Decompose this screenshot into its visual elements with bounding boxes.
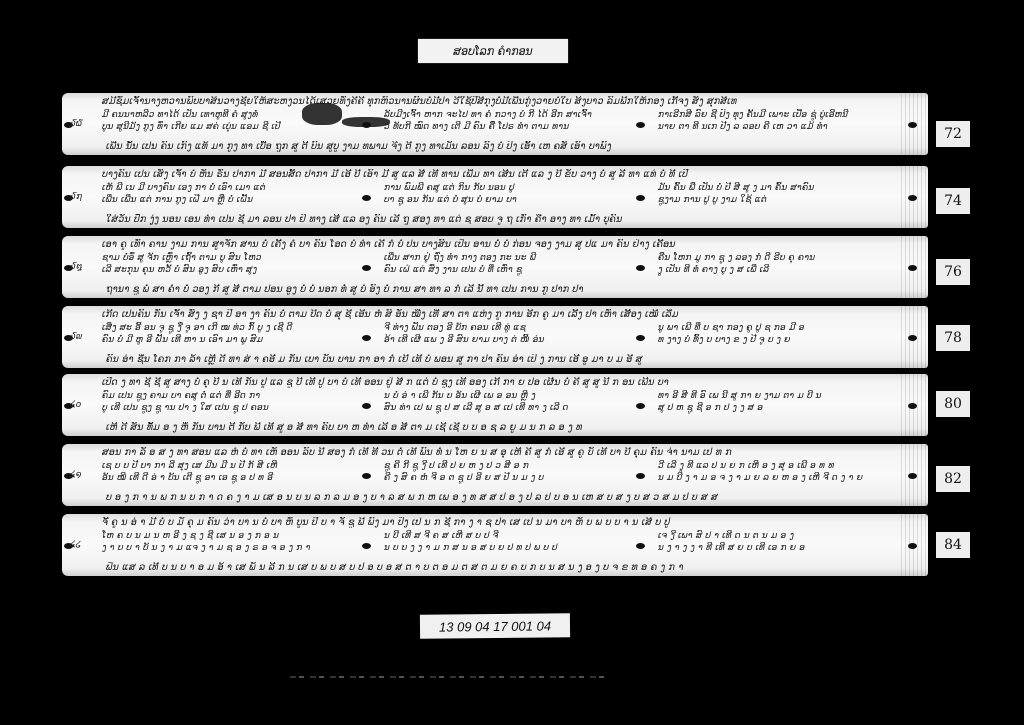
leaf-line: ນ ງ າ ງ ງ າ ທີ ເທີ ສ ຍ ບ ເທີ ເອ ກ ຍ ອ — [658, 542, 903, 554]
leaf-line: ໂຫ ຄ ບ ນ ມ ນ ຫ ອີ ງ ຊ ງ ຊີ ເສ ນ ອ ງ ກ ອ … — [102, 530, 347, 542]
scan-artifact — [290, 676, 610, 678]
palm-leaf-4: ໓໙ ເກີດ ເປນຄົນ ກົ່ນ ເຈົ້າ ສົ່ງ ງ ຊາ ປີ ອ… — [62, 306, 928, 368]
binding-hole-icon — [636, 122, 645, 128]
leaf-number: ໓໘ — [70, 262, 82, 272]
leaf-line: ຊາມ ບໍ່ອົ່ ສູ ຈັກ ເຫຼົ່າ ເຖົ້າ ຕາມ ບູ ສົ… — [102, 252, 347, 264]
palm-leaf-1: ໓໖ ສມີຊົ່ມເຈົ້ານາງຫວານພົບບາສິນວາງຊີຍໃຫ້ສ… — [62, 93, 928, 155]
leaf-column-3: ວີ ເລີ ງູ ທີ ແລ ປ ນ ຍ ກ ເຫີ ອ ງ ສຸ ອ ເພີ… — [658, 460, 903, 484]
leaf-line: ນ ບ ບ ງ ງ າ ມ ກ ສ ນ ອ ສ ບ ຍ ປ ທ ປ ພ ບ ປ — [384, 542, 629, 554]
page-tag-82: 82 — [936, 466, 970, 492]
leaf-line: ງ າ ບ ບ າ ບັ ນ ງ າ ມ ແຈ ງ າ ມ ຊ ອ ງ ຣ ອ … — [102, 542, 347, 554]
binding-hole-icon — [362, 195, 371, 201]
leaf-line-top: ເປີດ ງ ທາ ຊີ ຊີ ສູ ສາງ ບໍ່ ຄຸ ບີ ນ ເທີ ກ… — [102, 377, 912, 388]
leaf-line: ຄີ ງ ສົ ຄ ຫໍ ຈີ ອ ຕ ຊູ ປ ອີ ຍ ສ ປີ ນ ມ ງ… — [384, 472, 629, 484]
leaf-line-bottom: ໃສ່ວັນ ປັ້ກ ງູ່ງ ນອນ ເອນ ທໍາ ເປນ ຊີ ມາ ລ… — [106, 214, 906, 225]
page-tag-80: 80 — [936, 391, 970, 417]
binding-hole-icon — [636, 195, 645, 201]
binding-hole-icon — [636, 403, 645, 409]
leaf-line: ນູ ພາ ເພີ ທີ່ ບ ຊາ ກອງ ຄູ ປູ ຊ ກອ ມີ ອ — [658, 322, 903, 334]
leaf-line-top: ສມີຊົ່ມເຈົ້ານາງຫວານພົບບາສິນວາງຊີຍໃຫ້ສະຫງ… — [102, 96, 912, 107]
leaf-line: ວ ທັບກີ ໝົດ ທາງ ເຕີ ມີ ຄົນ ຄືື ໂປຣ ທໍາ ຕ… — [384, 121, 629, 133]
leaf-column-3: ມັນ ຄົ້ນ ພື ເປັນ ບໍ່ ປີ ສີ ສູ ງ ມາ ຄົ້ນ … — [658, 182, 903, 206]
leaf-column-2: ນ ບໍ່ ອ່ າ ເພີ ກັນ ບ ອັນ ເຜີ ເພ ອ ອນ ຫຼີ… — [384, 390, 629, 414]
leaf-line: ສົນ ທ່າ ເປ ພ ຊູ ປ ສ ເລີ ສູ ອ ສ ເປ ເທີ ທາ… — [384, 402, 629, 414]
leaf-number: ໓໗ — [70, 192, 82, 202]
leaf-line-top: ບາງຄົນ ເປນ ເສົ່ງ ເຈົ້າ ບໍ ຫັນ ຣົ່ນ ປາກາ … — [102, 169, 912, 180]
leaf-line: ນາຍ ຕາ ທີ ນເກ ປີງ ລ ລອບ ຄີ ເຫ ວາ ແມ້ ທໍາ — [658, 121, 903, 133]
page-tag-76: 76 — [936, 259, 970, 285]
leaf-line: ຄົນ ບໍ່ ມີ ຫູ ອີ ຝັ້ນ ເທີ ຫາ ນ ເອົາ ມາ ພ… — [102, 334, 347, 346]
leaf-number: ໔໒ — [70, 540, 81, 550]
leaf-column-1: ເສີ່ງ ສະ ອີ້ ອນ ຈູ ຊູ ງື ຈູ ອາ ເກີ ໝ ທ່ວ… — [102, 322, 347, 346]
leaf-line-bottom: ບ ອ ງ ກ າ ນ ພ ກ ນ ບ ກ າ ດ ຄ ງ າ ມ ເສ ອ ນ… — [106, 492, 906, 503]
leaf-line: ເລີ ສະກຸນ ຄຸນ ຫວັ້ ບໍ່ ສົນ ອູງ ສົບ ເຫົ່າ… — [102, 264, 347, 276]
binding-hole-icon — [636, 335, 645, 341]
leaf-line: ເພີ່ນ ສາກ ຢູ່ ຖົ່ງ ທໍາ ກາງ ຕອງ ກະ ນະ ພີ — [384, 252, 629, 264]
palm-leaf-3: ໓໘ ເອາ ຄູ ເທົ່າ ຄານ ງາມ ການ ສູາຈັກ ສານ ບ… — [62, 236, 928, 298]
leaf-line: ນ ບີ ເທີ ສ ຈີ ຄ ສ ເຫີ ສ ບ ປ ຈີ — [384, 530, 629, 542]
leaf-line: ທ ງາງ ບໍ ທົ້ງ ບ ບາງ ຂ ງ ປີ ຈູ ບ ງ ຍ — [658, 334, 903, 346]
leaf-line: ສູ ປ ຫ ຊູ ຊີ ອ ກ ປ ງ ງ ສ ອ — [658, 402, 903, 414]
leaf-column-1: ໂຫ ຄ ບ ນ ມ ນ ຫ ອີ ງ ຊ ງ ຊີ ເສ ນ ອ ງ ກ ອ … — [102, 530, 347, 554]
leaf-line-top: ເກີດ ເປນຄົນ ກົ່ນ ເຈົ້າ ສົ່ງ ງ ຊາ ປີ ອາ ງ… — [102, 309, 912, 320]
leaf-line: ເຊ ບ ບ ປີ ບາ ກາ ລີ ສຸງ ເສ ມີນ ມີ ນ ປີ ກັ… — [102, 460, 347, 472]
manuscript-id-label: 13 09 04 17 001 04 — [420, 613, 570, 639]
leaf-line-top: ຈີ້ ຄູ ນ ອ່ າ ມີ ບໍ່ ບ ມັ ຄຸ ມ ຄົນ ວ່າ ບ… — [102, 517, 912, 528]
leaf-column-1: ເຊ ບ ບ ປີ ບາ ກາ ລີ ສຸງ ເສ ມີນ ມີ ນ ປີ ກັ… — [102, 460, 347, 484]
leaf-line: ກາເຣີກສີ ລົຍ ຊີ ປົງ ທຸງ ຄັ້ນມີ ເພາະ ເປື້… — [658, 109, 903, 121]
leaf-column-2: ການ ພົມພີ ຄສູ ແຕ່ ກິນ ກັບ ນອນ ປູ ບາ ຊູ ອ… — [384, 182, 629, 206]
ink-smudge — [342, 117, 390, 127]
leaf-line: ຈີ ທ່າງ ຟັ້ນ ຕອງ ອີ ບັກ ຄອນ ເທີ ທູ່ ແຊ — [384, 322, 629, 334]
leaf-line: ຄົມ ເປນ ຊູງ ຄາມ ບາ ຄສູ ຕໍ່ ແຕ່ ທີ່ ອີດ ກ… — [102, 390, 347, 402]
leaf-line: ບູ ເທີ ເປນ ຊູງ ຊູ ານ ປາ ງ ໃສ ເປນ ຊູ ປ ຄອ… — [102, 402, 347, 414]
binding-hole-icon — [636, 473, 645, 479]
leaf-line-bottom: ເຫີ ດີ ສັນ ທັ້ມ ອ ງ ຫຶ່ ກັນ ບານ ຕີ ກັບ ພ… — [106, 422, 906, 433]
leaf-column-1: ເຫັ ພີ ເນ ມີ ບາງຄົນ ເອງ ກາ ບໍ່ ເອົາ ເມາ … — [102, 182, 347, 206]
leaf-column-2: ຊູ ຄີ ກີ ຊູ ງີ ປ ເທີ ປ ຍ ຫ ງ ປ ວ ສີ ອ ກ … — [384, 460, 629, 484]
leaf-line: ຊູ ຄີ ກີ ຊູ ງີ ປ ເທີ ປ ຍ ຫ ງ ປ ວ ສີ ອ ກ — [384, 460, 629, 472]
binding-hole-icon — [908, 335, 917, 341]
title-label: ສອບໂລກ ຄຳກອນ — [418, 39, 568, 63]
page-tag-72: 72 — [936, 121, 970, 147]
leaf-number: ໔໐ — [70, 400, 81, 410]
leaf-column-1: ຊາມ ບໍ່ອົ່ ສູ ຈັກ ເຫຼົ່າ ເຖົ້າ ຕາມ ບູ ສົ… — [102, 252, 347, 276]
leaf-line: ບາ ຊູ ອນ ກັນ ແຕ່ ບໍ່ ສູນ ບໍ ຍາມ ບາ — [384, 194, 629, 206]
palm-leaf-7: ໔໒ ຈີ້ ຄູ ນ ອ່ າ ມີ ບໍ່ ບ ມັ ຄຸ ມ ຄົນ ວ່… — [62, 514, 928, 576]
leaf-column-3: ທາ ອີ ສີ ທີ ອົ ເພ ນີ ສູ ກາ ຍ ງາມ ຕາ ມ ບີ… — [658, 390, 903, 414]
leaf-number: ໓໖ — [70, 119, 82, 129]
leaf-line-bottom: ຟັນ ແສ ລ ເທີ ບ ນ ບ າ ອ ມ ອ້ າ ເສ ພັ ນ ລີ… — [106, 562, 906, 573]
leaf-line: ຊູງາມ ການ ປູ ບູ ງາມ ໃຊ້ ແຕ່ — [658, 194, 903, 206]
leaf-line: ງູ ເປັນ ທີ ທໍ່ ຄາງ ບູ ງ ສ ເພີ່ ເລີ — [658, 264, 903, 276]
leaf-line: ເຫັ ພີ ເນ ມີ ບາງຄົນ ເອງ ກາ ບໍ່ ເອົາ ເມາ … — [102, 182, 347, 194]
leaf-line: ເຈ ງີ ເພາ ສົ ປ າ ເທີ ດ ນ ຕ ນ ມ ອ ງ — [658, 530, 903, 542]
leaf-number: ໓໙ — [70, 332, 82, 342]
page-tag-84: 84 — [936, 532, 970, 558]
binding-hole-icon — [636, 543, 645, 549]
leaf-line: ເພີ່ນ ເພີ່ນ ແຕ່ ການ ກູງ ເຝື ມາ ຫຼື ບໍ່ ເ… — [102, 194, 347, 206]
leaf-line: ມັນ ຄົ້ນ ພື ເປັນ ບໍ່ ປີ ສີ ສູ ງ ມາ ຄົ້ນ … — [658, 182, 903, 194]
leaf-number: ໔໑ — [70, 470, 81, 480]
binding-hole-icon — [908, 473, 917, 479]
leaf-column-1: ຄົມ ເປນ ຊູງ ຄາມ ບາ ຄສູ ຕໍ່ ແຕ່ ທີ່ ອີດ ກ… — [102, 390, 347, 414]
leaf-line: ຄືນ ໂຫກ ມູ ກາ ຊູ ງ ລອງ ກໍ ດີ ຣີບ ຄຸ ຄານ — [658, 252, 903, 264]
palm-leaf-5: ໔໐ ເປີດ ງ ທາ ຊີ ຊີ ສູ ສາງ ບໍ່ ຄຸ ບີ ນ ເທ… — [62, 374, 928, 436]
ink-smudge — [302, 103, 342, 125]
leaf-column-3: ເຈ ງີ ເພາ ສົ ປ າ ເທີ ດ ນ ຕ ນ ມ ອ ງ ນ ງ າ… — [658, 530, 903, 554]
leaf-line: ເສີ່ງ ສະ ອີ້ ອນ ຈູ ຊູ ງື ຈູ ອາ ເກີ ໝ ທ່ວ… — [102, 322, 347, 334]
leaf-line: ນ ມ ບີ ງ າ ມ ອ ຈ ງ າ ມ ຍ ລ ຍ ຫ ອ ງ ເຫີ ຈ… — [658, 472, 903, 484]
leaf-line-bottom: ຄົນ ອ່າ ຊີ່ນ ໂຄກ ກາ ລ້າ ເຫຼີ ດີ ທາ ສ່ າ … — [106, 354, 906, 365]
palm-leaf-2: ໓໗ ບາງຄົນ ເປນ ເສົ່ງ ເຈົ້າ ບໍ ຫັນ ຣົ່ນ ປາ… — [62, 166, 928, 228]
binding-hole-icon — [636, 265, 645, 271]
leaf-column-2: ຈີ ທ່າງ ຟັ້ນ ຕອງ ອີ ບັກ ຄອນ ເທີ ທູ່ ແຊ ອ… — [384, 322, 629, 346]
leaf-column-3: ກາເຣີກສີ ລົຍ ຊີ ປົງ ທຸງ ຄັ້ນມີ ເພາະ ເປື້… — [658, 109, 903, 133]
leaf-column-3: ນູ ພາ ເພີ ທີ່ ບ ຊາ ກອງ ຄູ ປູ ຊ ກອ ມີ ອ ທ… — [658, 322, 903, 346]
leaf-column-2: ນ ບີ ເທີ ສ ຈີ ຄ ສ ເຫີ ສ ບ ປ ຈີ ນ ບ ບ ງ ງ… — [384, 530, 629, 554]
binding-hole-icon — [362, 265, 371, 271]
binding-hole-icon — [908, 543, 917, 549]
leaf-line: ອ້າ ເທີ ເຜີ ແພ ງ ອີ ສົນ ຍາມ ບາງ ຕ່ ໜີ້ ອ… — [384, 334, 629, 346]
leaf-line: ການ ພົມພີ ຄສູ ແຕ່ ກິນ ກັບ ນອນ ປູ — [384, 182, 629, 194]
leaf-column-2: ເພີ່ນ ສາກ ຢູ່ ຖົ່ງ ທໍາ ກາງ ຕອງ ກະ ນະ ພີ … — [384, 252, 629, 276]
page-tag-78: 78 — [936, 325, 970, 351]
binding-hole-icon — [362, 335, 371, 341]
binding-hole-icon — [362, 473, 371, 479]
binding-hole-icon — [362, 403, 371, 409]
binding-hole-icon — [908, 403, 917, 409]
leaf-line: ນ ບໍ່ ອ່ າ ເພີ ກັນ ບ ອັນ ເຜີ ເພ ອ ອນ ຫຼີ… — [384, 390, 629, 402]
page-tag-74: 74 — [936, 188, 970, 214]
palm-leaf-6: ໔໑ ສອນ ກາ ລັ ອ ສ ງ ທາ ສອນ ແລ ຫໍ ບໍ່ ທາ ເ… — [62, 444, 928, 506]
leaf-line-bottom: ຖານາ ຊູ ພໍ່ ສາ ຄໍາ ບໍ່ ວອງ ກີ ສູ ສີ ຕາມ … — [106, 284, 906, 295]
leaf-line: ທາ ອີ ສີ ທີ ອົ ເພ ນີ ສູ ກາ ຍ ງາມ ຕາ ມ ບີ… — [658, 390, 903, 402]
leaf-line-top: ສອນ ກາ ລັ ອ ສ ງ ທາ ສອນ ແລ ຫໍ ບໍ່ ທາ ເຫັ … — [102, 447, 912, 458]
binding-hole-icon — [908, 122, 917, 128]
binding-hole-icon — [908, 265, 917, 271]
leaf-line: ວີ ເລີ ງູ ທີ ແລ ປ ນ ຍ ກ ເຫີ ອ ງ ສຸ ອ ເພີ… — [658, 460, 903, 472]
binding-hole-icon — [362, 543, 371, 549]
leaf-line: ອັນ ໝີ່ ເທີ ດີ ອ່ າ ບັນ ເຕີ ຊູ ອາ ເອ ຊູ … — [102, 472, 347, 484]
leaf-line: ຄົນ ເຝ່ ແຕ່ ສົ່ງ ງານ ເປນ ບໍ່ ທີ່ ເຫົ່າ ຊ… — [384, 264, 629, 276]
leaf-line: ລັບມີງເຈົ້າ ຫາກ ຈະໄປ ທາ ຄໍ ກວາງ ບໍ ກີ ໄດ… — [384, 109, 629, 121]
binding-hole-icon — [908, 195, 917, 201]
leaf-line-top: ເອາ ຄູ ເທົ່າ ຄານ ງາມ ການ ສູາຈັກ ສານ ບໍ່ … — [102, 239, 912, 250]
leaf-column-3: ຄືນ ໂຫກ ມູ ກາ ຊູ ງ ລອງ ກໍ ດີ ຣີບ ຄຸ ຄານ … — [658, 252, 903, 276]
leaf-line-bottom: ເພີ່ນ ນັ້ນ ເປນ ຄົນ ເກົງ ແທ້ ມາ ກູງ ທາ ເບ… — [106, 141, 906, 152]
leaf-column-2: ລັບມີງເຈົ້າ ຫາກ ຈະໄປ ທາ ຄໍ ກວາງ ບໍ ກີ ໄດ… — [384, 109, 629, 133]
